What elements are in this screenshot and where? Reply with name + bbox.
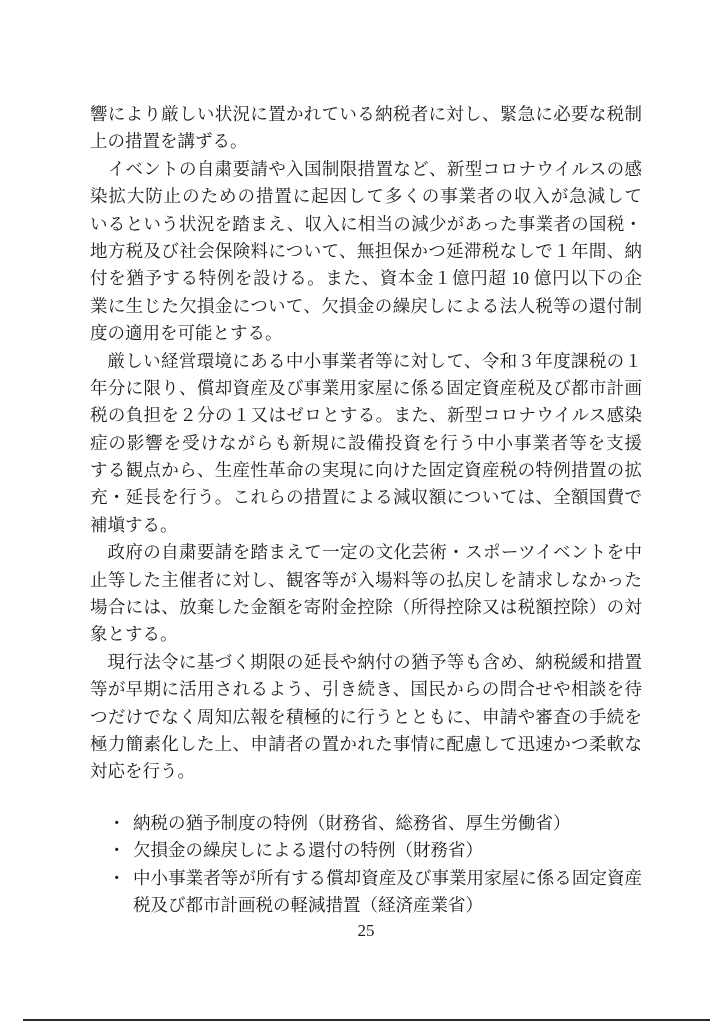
bullet-marker: ・: [108, 810, 133, 837]
text-line: 症の影響を受けながらも新規に設備投資を行う中小事業者等を支援: [90, 430, 642, 457]
bullet-text-continuation: 税及び都市計画税の軽減措置（経済産業省）: [90, 892, 642, 919]
text-line: 象とする。: [90, 621, 642, 648]
text-line: 充・延長を行う。これらの措置による減収額については、全額国費で: [90, 484, 642, 511]
document-page: 響により厳しい状況に置かれている納税者に対し、緊急に必要な税制 上の措置を講ずる…: [0, 0, 722, 1024]
text-line: 業に生じた欠損金について、欠損金の繰戻しによる法人税等の還付制: [90, 293, 642, 320]
body-text: 響により厳しい状況に置かれている納税者に対し、緊急に必要な税制 上の措置を講ずる…: [90, 101, 642, 919]
text-line: する観点から、生産性革命の実現に向けた固定資産税の特例措置の拡: [90, 457, 642, 484]
text-line: 極力簡素化した上、申請者の置かれた事情に配慮して迅速かつ柔軟な: [90, 731, 642, 758]
text-line: 対応を行う。: [90, 758, 642, 785]
text-line: 止等した主催者に対し、観客等が入場料等の払戻しを請求しなかった: [90, 567, 642, 594]
page-number: 25: [90, 921, 642, 941]
text-line: 政府の自粛要請を踏まえて一定の文化芸術・スポーツイベントを中: [90, 539, 642, 566]
text-line: 染拡大防止のための措置に起因して多くの事業者の収入が急減して: [90, 183, 642, 210]
text-line: 等が早期に活用されるよう、引き続き、国民からの問合せや相談を待: [90, 676, 642, 703]
bullet-marker: ・: [108, 837, 133, 864]
text-line: 上の措置を講ずる。: [90, 128, 642, 155]
text-line: 税の負担を２分の１又はゼロとする。また、新型コロナウイルス感染: [90, 402, 642, 429]
text-line: いるという状況を踏まえ、収入に相当の減少があった事業者の国税・: [90, 211, 642, 238]
text-line: 地方税及び社会保険料について、無担保かつ延滞税なしで１年間、納: [90, 238, 642, 265]
text-line: 厳しい経営環境にある中小事業者等に対して、令和３年度課税の１: [90, 348, 642, 375]
text-line: イベントの自粛要請や入国制限措置など、新型コロナウイルスの感: [90, 156, 642, 183]
paragraph-spacer: [90, 786, 642, 810]
text-line: 年分に限り、償却資産及び事業用家屋に係る固定資産税及び都市計画: [90, 375, 642, 402]
text-line: 補塡する。: [90, 512, 642, 539]
page-bottom-edge-line: [23, 1019, 710, 1021]
text-line: つだけでなく周知広報を積極的に行うとともに、申請や審査の手続を: [90, 704, 642, 731]
bullet-text: 欠損金の繰戻しによる還付の特例（財務省）: [133, 837, 642, 864]
bullet-marker: ・: [108, 865, 133, 892]
text-line: 付を猶予する特例を設ける。また、資本金１億円超 10 億円以下の企: [90, 265, 642, 292]
text-line: 度の適用を可能とする。: [90, 320, 642, 347]
bullet-text: 中小事業者等が所有する償却資産及び事業用家屋に係る固定資産: [133, 865, 642, 892]
text-line: 響により厳しい状況に置かれている納税者に対し、緊急に必要な税制: [90, 101, 642, 128]
text-line: 場合には、放棄した金額を寄附金控除（所得控除又は税額控除）の対: [90, 594, 642, 621]
bullet-item: ・ 欠損金の繰戻しによる還付の特例（財務省）: [90, 837, 642, 864]
text-line: 現行法令に基づく期限の延長や納付の猶予等も含め、納税緩和措置: [90, 649, 642, 676]
bullet-item: ・ 中小事業者等が所有する償却資産及び事業用家屋に係る固定資産: [90, 865, 642, 892]
bullet-item: ・ 納税の猶予制度の特例（財務省、総務省、厚生労働省）: [90, 810, 642, 837]
bullet-text: 納税の猶予制度の特例（財務省、総務省、厚生労働省）: [133, 810, 642, 837]
